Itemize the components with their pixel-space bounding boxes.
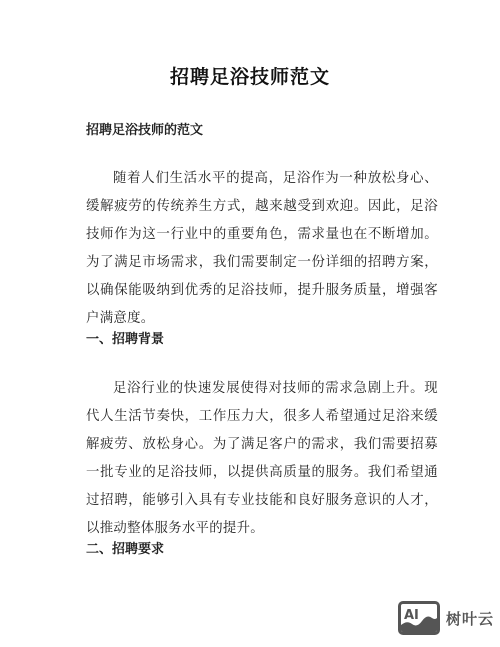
ai-image-logo-icon: AI <box>398 601 440 635</box>
watermark: AI 树叶云 <box>398 601 494 635</box>
document-subtitle: 招聘足浴技师的范文 <box>86 119 203 138</box>
intro-paragraph: 随着人们生活水平的提高，足浴作为一种放松身心、缓解疲劳的传统养生方式，越来越受到… <box>86 165 438 333</box>
section-heading-background: 一、招聘背景 <box>86 328 164 347</box>
watermark-brand: 树叶云 <box>446 608 494 629</box>
document-title: 招聘足浴技师范文 <box>0 62 500 89</box>
svg-text:AI: AI <box>404 608 419 623</box>
document-page: 招聘足浴技师范文 招聘足浴技师的范文 随着人们生活水平的提高，足浴作为一种放松身… <box>0 0 500 647</box>
section-heading-requirements: 二、招聘要求 <box>86 538 164 557</box>
section-body-background: 足浴行业的快速发展使得对技师的需求急剧上升。现代人生活节奏快，工作压力大，很多人… <box>86 375 438 543</box>
